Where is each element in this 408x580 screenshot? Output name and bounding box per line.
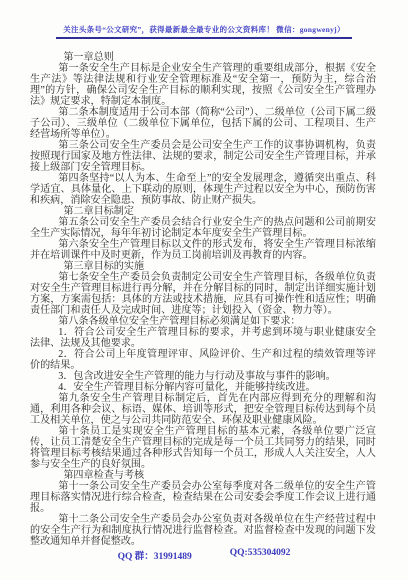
list-item: 2．符合公司上年度管理评审、风险评价、生产和过程的绩效管理等评价的结果。 — [30, 349, 376, 371]
paragraph: 第三条公司安全生产委员会是公司安全生产工作的议事协调机构，负责按照现行国家及地方… — [30, 140, 376, 173]
qq-label: QQ:535304092 — [230, 548, 291, 562]
paragraph: 第十条员工是实现安全生产管理目标的基本元素，各级单位要广泛宣传，让员工清楚安全生… — [30, 426, 376, 470]
chapter-heading: 第三章目标的实施 — [30, 261, 376, 272]
list-item: 3．包含改进安全生产管理的能力与行动及事故与事件的影响。 — [30, 371, 376, 382]
paragraph: 第十二条公司安全生产委员会办公室负责对各级单位在生产经营过程中的安全生产行为和制… — [30, 514, 376, 547]
paragraph: 第二条本制度适用于公司本部（简称“公司”）、二级单位（公司下属二级子公司）、三级… — [30, 107, 376, 140]
paragraph: 第五条公司安全生产委员会结合行业安全生产的热点问题和公司前期安全生产实际情况，每… — [30, 217, 376, 239]
paragraph: 第十一条公司安全生产委员会办公室每季度对各二级单位的安全生产管理目标落实情况进行… — [30, 481, 376, 514]
paragraph: 第六条安全生产管理目标以文件的形式发布，将安全生产管理目标浓缩并在培训课件中及时… — [30, 239, 376, 261]
document-page: 关注头条号“公文研究”，获得最新最全最专业的公文资料库！ 微信：gongweny… — [0, 0, 408, 580]
header-banner: 关注头条号“公文研究”，获得最新最全最专业的公文资料库！ 微信：gongweny… — [56, 24, 352, 39]
paragraph: 第九条安全生产管理目标制定后，首先在内部应得到充分的理解和沟通，利用各种会议、标… — [30, 393, 376, 426]
header-banner-text: 关注头条号“公文研究”，获得最新最全最专业的公文资料库！ 微信：gongweny… — [56, 24, 352, 35]
paragraph: 第四条坚持“以人为本、生命至上”的安全发展理念，遵循突出重点、科学适宜、具体量化… — [30, 173, 376, 206]
list-item: 1．符合公司安全生产管理目标的要求，并考虑到环境与职业健康安全法律、法规及其他要… — [30, 327, 376, 349]
chapter-heading: 第四章检查与考核 — [30, 470, 376, 481]
chapter-heading: 第二章目标制定 — [30, 206, 376, 217]
list-item: 4．安全生产管理目标分解内容可量化，并能够持续改进。 — [30, 382, 376, 393]
paragraph: 第八条各级单位安全生产管理目标必须满足如下要求： — [30, 316, 376, 327]
footer-contacts: QQ 群：31991489 QQ:535304092 — [0, 548, 408, 562]
qq-group-label: QQ 群：31991489 — [118, 548, 192, 562]
document-body: 第一章总则 第一条安全生产目标是企业安全生产管理的重要组成部分，根据《安全生产法… — [30, 52, 376, 547]
paragraph: 第七条安全生产委员会负责制定公司安全生产管理目标，各级单位负责对安全生产管理目标… — [30, 272, 376, 316]
paragraph: 第一条安全生产目标是企业安全生产管理的重要组成部分，根据《安全生产法》等法律法规… — [30, 63, 376, 107]
chapter-heading: 第一章总则 — [30, 52, 376, 63]
